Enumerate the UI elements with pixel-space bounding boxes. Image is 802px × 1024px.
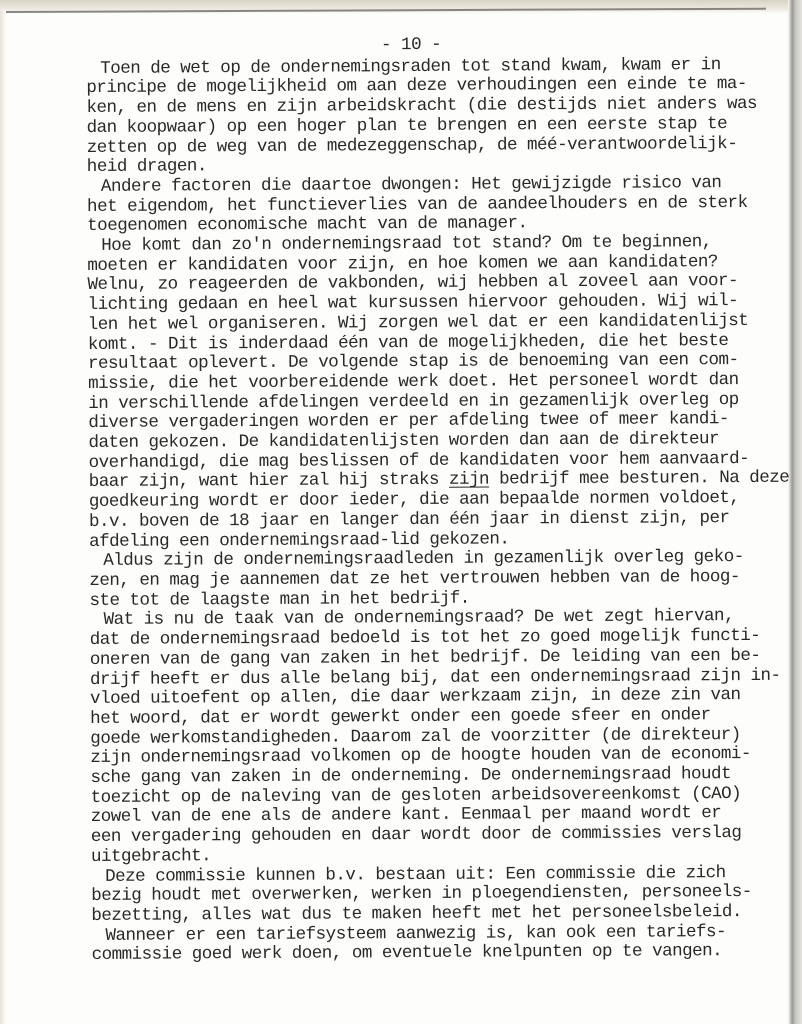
page-left-edge xyxy=(0,10,6,1024)
paragraph: Andere factoren die daartoe dwongen: Het… xyxy=(87,174,797,237)
underlined-word: zijn xyxy=(449,470,489,490)
paragraph: Hoe komt dan zo'n ondernemingsraad tot s… xyxy=(87,233,799,553)
typewritten-document: - 10 - Toen de wet op de ondernemingsrad… xyxy=(86,34,802,966)
paragraph: Wat is nu de taak van de ondernemingsraa… xyxy=(90,607,802,867)
paragraph: Aldus zijn de ondernemingsraadleden in g… xyxy=(89,548,799,611)
document-body: Toen de wet op de ondernemingsraden tot … xyxy=(86,55,802,966)
paragraph: Deze commissie kunnen b.v. bestaan uit: … xyxy=(91,863,801,926)
paragraph: Wanneer er een tariefsysteem aanwezig is… xyxy=(91,922,801,966)
scanned-page: - 10 - Toen de wet op de ondernemingsrad… xyxy=(0,0,802,1024)
text-line: commissie goed werk doen, om eventuele k… xyxy=(92,942,802,966)
paragraph: Toen de wet op de ondernemingsraden tot … xyxy=(86,55,797,178)
